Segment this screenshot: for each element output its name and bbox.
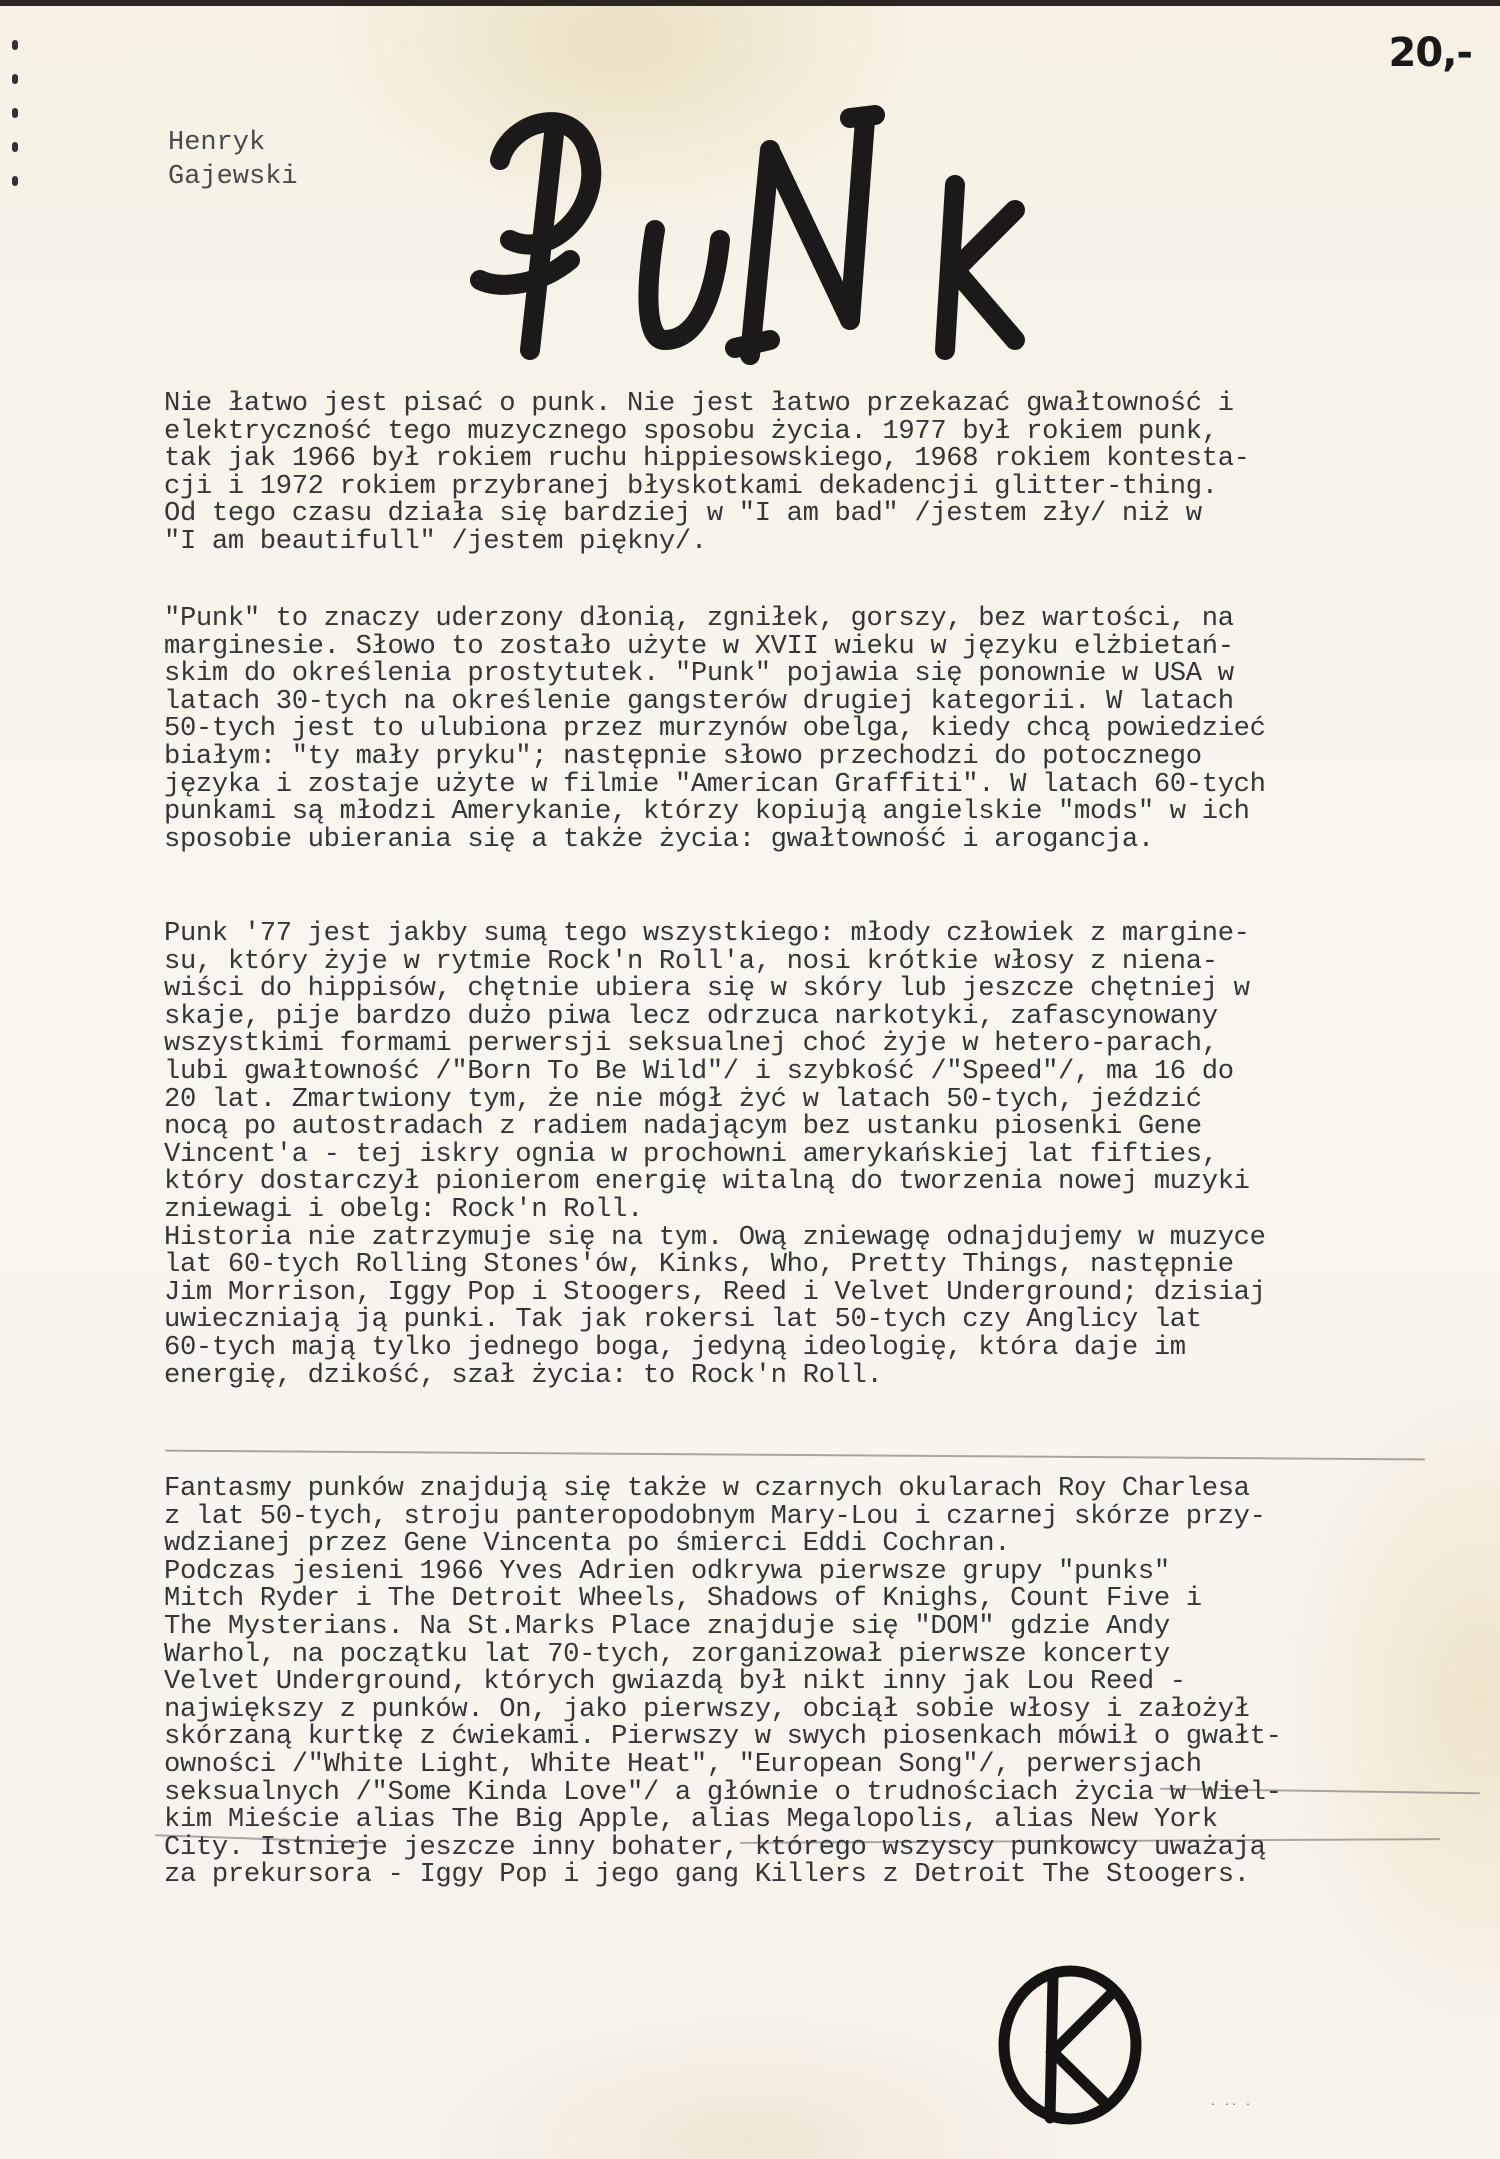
text-line: "I am beautifull" /jestem piękny/. [164, 528, 1454, 556]
text-line: su, który żyje w rytmie Rock'n Roll'a, n… [164, 948, 1454, 976]
text-line: z lat 50-tych, stroju panteropodobnym Ma… [164, 1503, 1454, 1531]
text-line: kim Mieście alias The Big Apple, alias M… [164, 1806, 1454, 1834]
text-line: wszystkimi formami perwersji seksualnej … [164, 1030, 1454, 1058]
text-line: za prekursora - Iggy Pop i jego gang Kil… [164, 1861, 1454, 1889]
text-line: energię, dzikość, szał życia: to Rock'n … [164, 1362, 1454, 1390]
text-line: tak jak 1966 był rokiem ruchu hippiesows… [164, 445, 1454, 473]
text-line: uwieczniają ją punki. Tak jak rokersi la… [164, 1306, 1454, 1334]
paragraph-2: "Punk" to znaczy uderzony dłonią, zgniłe… [164, 605, 1454, 853]
text-line: owności /"White Light, White Heat", "Eur… [164, 1751, 1454, 1779]
text-line: seksualnych /"Some Kinda Love"/ a główni… [164, 1779, 1454, 1807]
text-line: sposobie ubierania się a także życia: gw… [164, 826, 1454, 854]
text-line: 60-tych mają tylko jednego boga, jedyną … [164, 1334, 1454, 1362]
text-line: Punk '77 jest jakby sumą tego wszystkieg… [164, 920, 1454, 948]
ink-specks: · ·· · [1210, 2100, 1252, 2111]
circled-k-logo-icon [995, 1960, 1145, 2130]
page-title [470, 90, 1230, 370]
pen-underline [165, 1450, 1425, 1461]
logo [995, 1960, 1145, 2130]
punk-handwritten-title [470, 90, 1230, 370]
author-name: Henryk Gajewski [168, 126, 298, 194]
text-line: skaje, pije bardzo dużo piwa lecz odrzuc… [164, 1003, 1454, 1031]
text-line: który dostarczył pionierom energię wital… [164, 1168, 1454, 1196]
text-line: Nie łatwo jest pisać o punk. Nie jest ła… [164, 390, 1454, 418]
text-line: marginesie. Słowo to zostało użyte w XVI… [164, 633, 1454, 661]
text-line: lubi gwałtowność /"Born To Be Wild"/ i s… [164, 1058, 1454, 1086]
text-line: białym: "ty mały pryku"; następnie słowo… [164, 743, 1454, 771]
text-line: lat 60-tych Rolling Stones'ów, Kinks, Wh… [164, 1251, 1454, 1279]
text-line: latach 30-tych na określenie gangsterów … [164, 688, 1454, 716]
text-line: Od tego czasu działa się bardziej w "I a… [164, 500, 1454, 528]
text-line: Jim Morrison, Iggy Pop i Stoogers, Reed … [164, 1279, 1454, 1307]
price-label: 20,- [1389, 30, 1472, 76]
paragraph-4: Fantasmy punków znajdują się także w cza… [164, 1475, 1454, 1889]
text-line: elektryczność tego muzycznego sposobu ży… [164, 418, 1454, 446]
text-line: Podczas jesieni 1966 Yves Adrien odkrywa… [164, 1558, 1454, 1586]
text-line: nocą po autostradach z radiem nadającym … [164, 1113, 1454, 1141]
text-line: Warhol, na początku lat 70-tych, zorgani… [164, 1641, 1454, 1669]
text-line: wdzianej przez Gene Vincenta po śmierci … [164, 1530, 1454, 1558]
paragraph-3: Punk '77 jest jakby sumą tego wszystkieg… [164, 920, 1454, 1389]
text-line: Vincent'a - tej iskry ognia w prochowni … [164, 1141, 1454, 1169]
page-top-edge [0, 0, 1500, 6]
text-line: "Punk" to znaczy uderzony dłonią, zgniłe… [164, 605, 1454, 633]
text-line: The Mysterians. Na St.Marks Place znajdu… [164, 1613, 1454, 1641]
text-line: języka i zostaje użyte w filmie "America… [164, 771, 1454, 799]
text-line: Velvet Underground, których gwiazdą był … [164, 1668, 1454, 1696]
text-line: zniewagi i obelg: Rock'n Roll. [164, 1196, 1454, 1224]
text-line: punkami są młodzi Amerykanie, którzy kop… [164, 798, 1454, 826]
binding-holes [8, 40, 22, 220]
text-line: największy z punków. On, jako pierwszy, … [164, 1696, 1454, 1724]
text-line: 50-tych jest to ulubiona przez murzynów … [164, 715, 1454, 743]
text-line: Mitch Ryder i The Detroit Wheels, Shadow… [164, 1585, 1454, 1613]
paragraph-1: Nie łatwo jest pisać o punk. Nie jest ła… [164, 390, 1454, 556]
text-line: skim do określenia prostytutek. "Punk" p… [164, 660, 1454, 688]
text-line: Fantasmy punków znajdują się także w cza… [164, 1475, 1454, 1503]
text-line: skórzaną kurtkę z ćwiekami. Pierwszy w s… [164, 1723, 1454, 1751]
text-line: wiści do hippisów, chętnie ubiera się w … [164, 975, 1454, 1003]
text-line: 20 lat. Zmartwiony tym, że nie mógł żyć … [164, 1086, 1454, 1114]
text-line: City. Istnieje jeszcze inny bohater, któ… [164, 1834, 1454, 1862]
text-line: cji i 1972 rokiem przybranej błyskotkami… [164, 473, 1454, 501]
text-line: Historia nie zatrzymuje się na tym. Ową … [164, 1224, 1454, 1252]
